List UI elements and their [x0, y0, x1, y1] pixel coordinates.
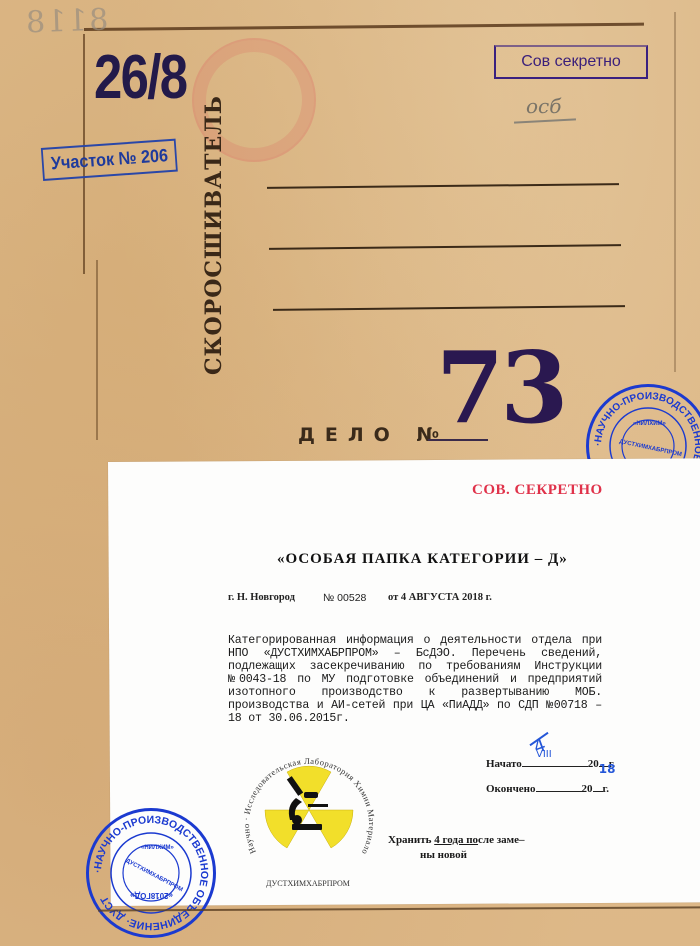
case-label: ДЕЛО № [298, 424, 449, 446]
ended-blank [536, 791, 582, 792]
seal-inner-middle: ДУСТХИМХАБРПРОМ [619, 439, 683, 458]
retention-period: 4 года по [434, 834, 478, 846]
folder-type-label: СКОРОСШИВАТЕЛЬ [201, 95, 227, 375]
started-blank [522, 766, 588, 767]
started-year-prefix: 20 [588, 758, 599, 770]
seal-inner-middle: ДУСТХИМХАБРПРОМ [124, 858, 183, 893]
retention-note: Хранить 4 года после заме– ны новой [388, 833, 525, 863]
ended-year-suffix: г. [603, 783, 610, 795]
started-label: Начато [486, 758, 522, 770]
started-year-blank: 18 [599, 766, 609, 767]
pencil-note-top: 8118 [23, 3, 109, 41]
radiation-trefoil-icon [265, 766, 353, 848]
pencil-note: осб [526, 94, 561, 118]
secret-stamp: Сов секретно [494, 45, 648, 79]
seal-inner-top: «НИЛХИМ» [633, 421, 667, 427]
document-body: Категорированная информация о деятельнос… [228, 634, 602, 725]
document-number: № 00528 [323, 592, 366, 604]
started-month-handwritten: VIII [536, 749, 552, 760]
writing-line-1 [267, 183, 619, 189]
ended-year-blank [593, 791, 603, 792]
seal-stamp-bottom-left: ·НАУЧНО-ПРОИЗВОДСТВЕННОЕ ОБЪЕДИНЕНИЕ· ДУ… [86, 808, 216, 938]
seal-inner-top: «НИЛХИМ» [141, 845, 175, 851]
document-title: «ОСОБАЯ ПАПКА КАТЕГОРИИ – Д» [277, 551, 568, 568]
writing-line-2 [269, 244, 621, 250]
ended-row: Окончено20г. [486, 783, 609, 795]
retention-rest: сле заме– [478, 834, 524, 846]
frame-line-top [84, 23, 644, 31]
pencil-underline [514, 118, 576, 123]
frame-line-right [674, 12, 676, 372]
document-date: от 4 АВГУСТА 2018 г. [388, 592, 492, 603]
city: г. Н. Новгород [228, 592, 295, 603]
laboratory-logo: Научно · Исследовательская Лаборатория Х… [234, 740, 384, 890]
retention-line2: ны новой [388, 849, 467, 861]
seal-inner-bottom: «2018ГОД» [130, 891, 173, 900]
ended-label: Окончено [486, 783, 536, 795]
frame-line-left-lower [96, 260, 98, 440]
started-year-handwritten: 18 [599, 762, 616, 776]
retention-prefix: Хранить [388, 834, 434, 846]
case-code: 26/8 [94, 42, 186, 113]
classification-label: СОВ. СЕКРЕТНО [472, 482, 603, 499]
ended-year-prefix: 20 [582, 783, 593, 795]
section-stamp: Участок № 206 [41, 139, 178, 181]
logo-caption: ДУСТХИМХАБРПРОМ [266, 879, 350, 888]
writing-line-3 [273, 305, 625, 311]
case-number: 73 [436, 340, 564, 438]
